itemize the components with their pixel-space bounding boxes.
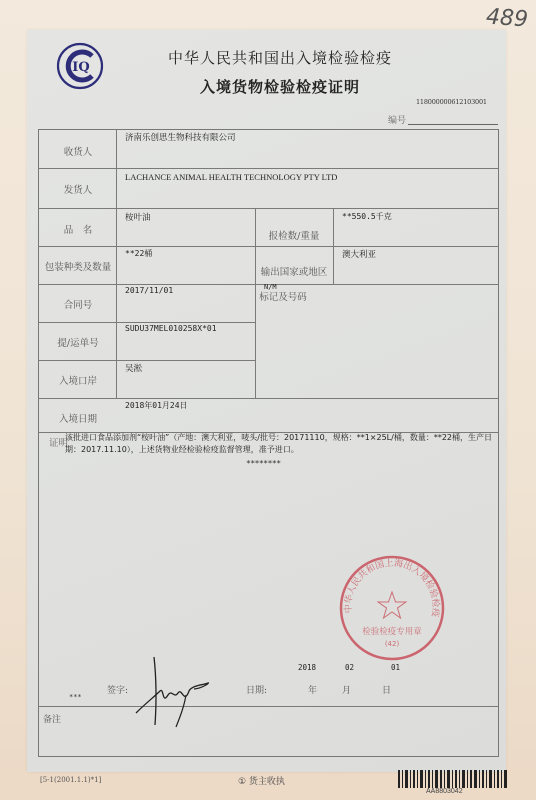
consignor-value: LACHANCE ANIMAL HEALTH TECHNOLOGY PTY LT… [125, 172, 337, 182]
svg-text:检验检疫专用章: 检验检疫专用章 [362, 626, 422, 637]
sign-month: 02 [345, 663, 354, 672]
packaging-value: **22桶 [125, 248, 152, 259]
certificate-text: 该批进口食品添加剂“桉叶油”（产地：澳大利亚，唛头/批号：20171110，规格… [65, 432, 493, 456]
number-label: 编号 [388, 113, 406, 126]
bill-of-lading-label: 提/运单号 [39, 335, 117, 349]
origin-country-value: 澳大利亚 [342, 248, 376, 260]
contract-no-label: 合同号 [39, 297, 117, 311]
consignee-label: 收货人 [39, 144, 117, 158]
sign-year: 2018 [298, 663, 316, 672]
marks-label: 标记及号码 [253, 289, 313, 303]
bill-of-lading-value: SUDU37MEL010258X*01 [125, 324, 217, 333]
entry-date-label: 入境日期 [39, 411, 117, 425]
svg-text:(42): (42) [385, 640, 400, 648]
signature-stars: *** [69, 693, 82, 701]
certificate-end-marker: ******** [246, 459, 281, 468]
day-label: 日 [382, 683, 391, 696]
handwritten-signature-icon [134, 655, 219, 730]
consignor-label: 发货人 [39, 182, 117, 196]
serial-number: 118000000612103001 [416, 98, 487, 106]
handwritten-page-number: 489 [485, 5, 529, 33]
form-code: [5-1(2001.1.1)*1] [40, 776, 101, 784]
number-field-line [408, 124, 498, 125]
contract-no-value: 2017/11/01 [125, 286, 173, 295]
certificate-form: 收货人 发货人 品 名 报检数/重量 包装种类及数量 输出国家或地区 合同号 标… [38, 129, 499, 757]
quantity-weight-value: **550.5千克 [342, 211, 392, 222]
entry-port-label: 入境口岸 [39, 373, 117, 387]
quantity-weight-label: 报检数/重量 [255, 228, 333, 242]
sign-day: 01 [391, 663, 400, 672]
entry-date-value: 2018年01月24日 [125, 400, 188, 411]
copy-label: ① 货主收执 [238, 774, 285, 787]
remarks-label: 备注 [43, 712, 61, 725]
month-label: 月 [342, 683, 351, 696]
svg-text:中华人民共和国上海出入境检验检疫局: 中华人民共和国上海出入境检验检疫局 [338, 554, 442, 618]
barcode-icon [398, 770, 508, 788]
svg-text:IQ: IQ [72, 60, 89, 75]
date-label: 日期: [246, 683, 267, 696]
official-seal-icon: 中华人民共和国上海出入境检验检疫局 检验检疫专用章 (42) [338, 554, 446, 662]
title-authority: 中华人民共和国出入境检验检疫 [130, 47, 430, 68]
packaging-label: 包装种类及数量 [39, 259, 117, 273]
product-name-value: 桉叶油 [125, 211, 151, 223]
product-name-label: 品 名 [39, 222, 117, 236]
ciq-logo-icon: IQ [56, 42, 104, 90]
barcode-number: AA8803042 [426, 788, 463, 795]
signature-label: 签字: [107, 683, 128, 696]
entry-port-value: 吴淞 [125, 362, 142, 374]
origin-country-label: 输出国家或地区 [255, 264, 333, 278]
marks-value: N/M [264, 283, 277, 291]
consignee-value: 济南乐创思生物科技有限公司 [125, 131, 236, 143]
title-document: 入境货物检验检疫证明 [130, 76, 430, 97]
year-label: 年 [308, 683, 317, 696]
